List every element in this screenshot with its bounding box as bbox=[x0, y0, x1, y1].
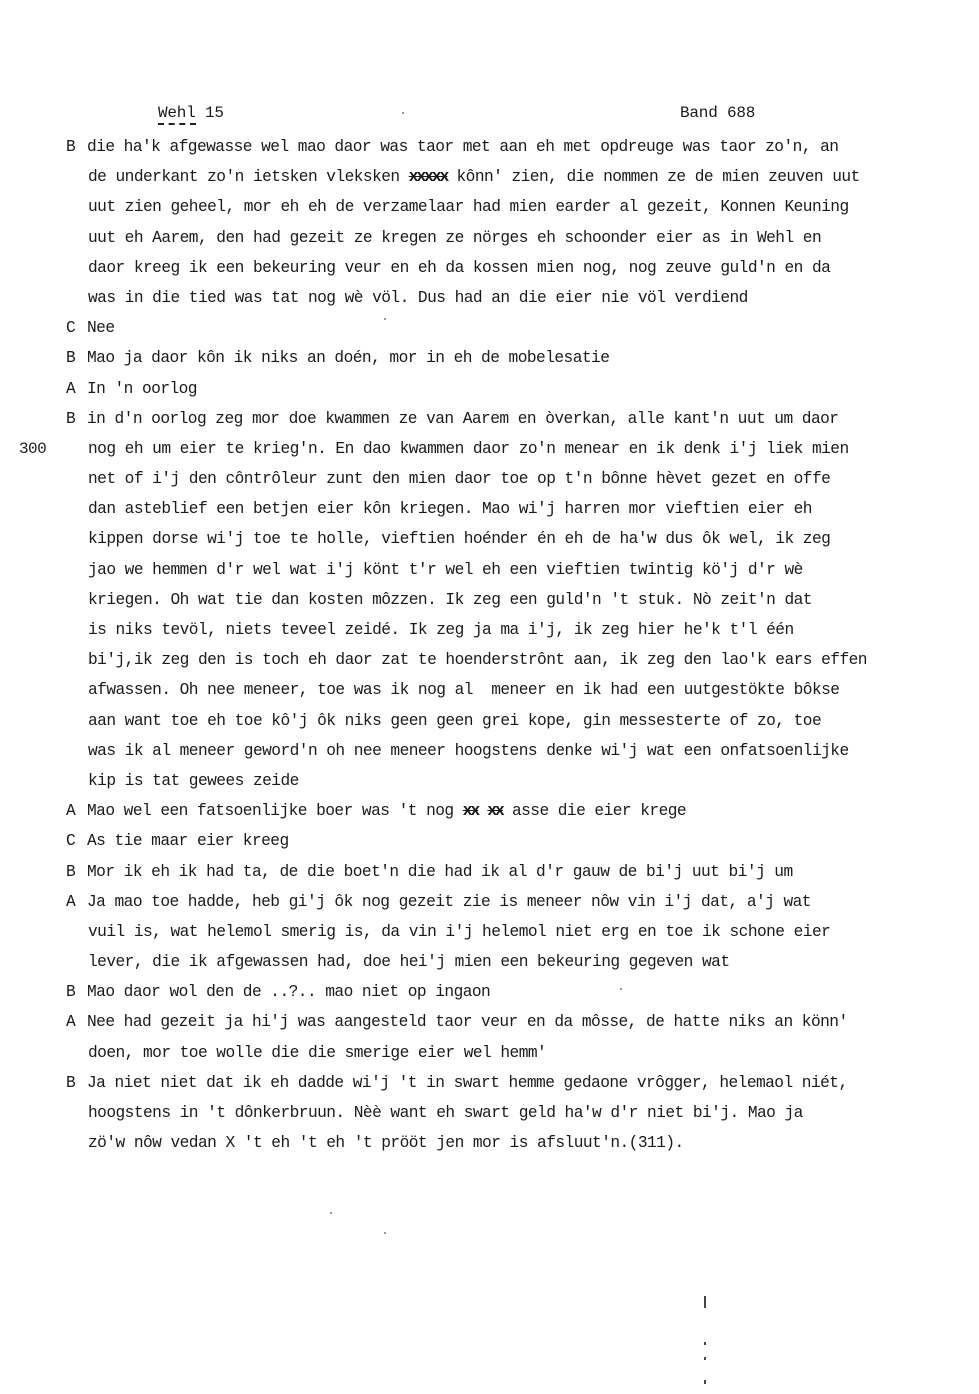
transcript-line: dan asteblief een betjen eier kôn kriege… bbox=[0, 498, 979, 528]
line-text: uut eh Aarem, den had gezeit ze kregen z… bbox=[88, 227, 821, 249]
speaker-label: B bbox=[66, 136, 75, 158]
transcript-line: vuil is, wat helemol smerig is, da vin i… bbox=[0, 921, 979, 951]
speaker-label: A bbox=[66, 1011, 75, 1033]
margin-line-number: 300 bbox=[19, 438, 46, 460]
line-text: daor kreeg ik een bekeuring veur en eh d… bbox=[88, 257, 830, 279]
struck-out-text: xx bbox=[487, 802, 502, 820]
transcript-body: Bdie ha'k afgewasse wel mao daor was tao… bbox=[0, 136, 979, 1162]
speaker-label: C bbox=[66, 830, 75, 852]
transcript-line: BMao ja daor kôn ik niks an doén, mor in… bbox=[0, 347, 979, 377]
speaker-label: A bbox=[66, 378, 75, 400]
line-text: was in die tied was tat nog wè völ. Dus … bbox=[88, 287, 748, 309]
speaker-label: B bbox=[66, 1072, 75, 1094]
line-text: Ja niet niet dat ik eh dadde wi'j 't in … bbox=[87, 1072, 848, 1094]
speaker-label: B bbox=[66, 408, 75, 430]
line-text: afwassen. Oh nee meneer, toe was ik nog … bbox=[88, 679, 839, 701]
transcript-line: ANee had gezeit ja hi'j was aangesteld t… bbox=[0, 1011, 979, 1041]
line-text: lever, die ik afgewassen had, doe hei'j … bbox=[88, 951, 730, 973]
line-text: is niks tevöl, niets teveel zeidé. Ik ze… bbox=[88, 619, 794, 641]
transcript-line: was in die tied was tat nog wè völ. Dus … bbox=[0, 287, 979, 317]
line-text: In 'n oorlog bbox=[87, 378, 197, 400]
transcript-line: BJa niet niet dat ik eh dadde wi'j 't in… bbox=[0, 1072, 979, 1102]
speaker-label: A bbox=[66, 891, 75, 913]
transcript-line: jao we hemmen d'r wel wat i'j könt t'r w… bbox=[0, 559, 979, 589]
line-text: die ha'k afgewasse wel mao daor was taor… bbox=[87, 136, 838, 158]
line-text: uut zien geheel, mor eh eh de verzamelaa… bbox=[88, 196, 849, 218]
line-text: hoogstens in 't dônkerbruun. Nèè want eh… bbox=[88, 1102, 803, 1124]
speck bbox=[384, 318, 386, 320]
transcript-line: bi'j,ik zeg den is toch eh daor zat te h… bbox=[0, 649, 979, 679]
line-text: net of i'j den côntrôleur zunt den mien … bbox=[88, 468, 830, 490]
transcript-line: kip is tat gewees zeide bbox=[0, 770, 979, 800]
transcript-line: net of i'j den côntrôleur zunt den mien … bbox=[0, 468, 979, 498]
line-text: As tie maar eier kreeg bbox=[87, 830, 289, 852]
line-text: kip is tat gewees zeide bbox=[88, 770, 299, 792]
margin-mark bbox=[704, 1296, 706, 1308]
transcript-line: lever, die ik afgewassen had, doe hei'j … bbox=[0, 951, 979, 981]
line-text: de underkant zo'n ietsken vleksken xxxxx… bbox=[88, 166, 860, 188]
transcript-line: daor kreeg ik een bekeuring veur en eh d… bbox=[0, 257, 979, 287]
line-text: Mao daor wol den de ..?.. mao niet op in… bbox=[87, 981, 490, 1003]
line-text: jao we hemmen d'r wel wat i'j könt t'r w… bbox=[88, 559, 803, 581]
line-text: kippen dorse wi'j toe te holle, vieftien… bbox=[88, 528, 830, 550]
line-text: Nee bbox=[87, 317, 115, 339]
line-text: Mor ik eh ik had ta, de die boet'n die h… bbox=[87, 861, 793, 883]
speck bbox=[330, 1212, 332, 1214]
transcript-line: CNee bbox=[0, 317, 979, 347]
speaker-label: B bbox=[66, 981, 75, 1003]
line-text: doen, mor toe wolle die die smerige eier… bbox=[88, 1042, 546, 1064]
transcript-line: aan want toe eh toe kô'j ôk niks geen ge… bbox=[0, 710, 979, 740]
margin-mark bbox=[704, 1342, 706, 1345]
line-text: bi'j,ik zeg den is toch eh daor zat te h… bbox=[88, 649, 867, 671]
transcript-line: 300nog eh um eier te krieg'n. En dao kwa… bbox=[0, 438, 979, 468]
struck-out-text: xx bbox=[463, 802, 478, 820]
line-text: kriegen. Oh wat tie dan kosten môzzen. I… bbox=[88, 589, 812, 611]
speck bbox=[384, 1232, 386, 1234]
transcript-line: de underkant zo'n ietsken vleksken xxxxx… bbox=[0, 166, 979, 196]
transcript-page: Wehl 15 Band 688 Bdie ha'k afgewasse wel… bbox=[0, 0, 979, 1394]
header-page-number: 15 bbox=[205, 104, 224, 122]
transcript-line: kriegen. Oh wat tie dan kosten môzzen. I… bbox=[0, 589, 979, 619]
header-band: Band 688 bbox=[680, 104, 755, 122]
speaker-label: C bbox=[66, 317, 75, 339]
margin-mark bbox=[704, 1357, 706, 1360]
speck bbox=[402, 112, 404, 114]
transcript-line: was ik al meneer geword'n oh nee meneer … bbox=[0, 740, 979, 770]
line-text: was ik al meneer geword'n oh nee meneer … bbox=[88, 740, 849, 762]
transcript-line: afwassen. Oh nee meneer, toe was ik nog … bbox=[0, 679, 979, 709]
transcript-line: Bin d'n oorlog zeg mor doe kwammen ze va… bbox=[0, 408, 979, 438]
line-text: dan asteblief een betjen eier kôn kriege… bbox=[88, 498, 812, 520]
line-text: Mao wel een fatsoenlijke boer was 't nog… bbox=[87, 800, 686, 822]
transcript-line: BMor ik eh ik had ta, de die boet'n die … bbox=[0, 861, 979, 891]
line-text: aan want toe eh toe kô'j ôk niks geen ge… bbox=[88, 710, 821, 732]
line-text: in d'n oorlog zeg mor doe kwammen ze van… bbox=[87, 408, 838, 430]
line-text: zö'w nôw vedan X 't eh 't eh 't prööt je… bbox=[88, 1132, 684, 1154]
line-text: vuil is, wat helemol smerig is, da vin i… bbox=[88, 921, 830, 943]
transcript-line: zö'w nôw vedan X 't eh 't eh 't prööt je… bbox=[0, 1132, 979, 1162]
transcript-line: uut eh Aarem, den had gezeit ze kregen z… bbox=[0, 227, 979, 257]
transcript-line: AIn 'n oorlog bbox=[0, 378, 979, 408]
transcript-line: kippen dorse wi'j toe te holle, vieftien… bbox=[0, 528, 979, 558]
transcript-line: Bdie ha'k afgewasse wel mao daor was tao… bbox=[0, 136, 979, 166]
speaker-label: A bbox=[66, 800, 75, 822]
transcript-line: is niks tevöl, niets teveel zeidé. Ik ze… bbox=[0, 619, 979, 649]
speaker-label: B bbox=[66, 347, 75, 369]
transcript-line: uut zien geheel, mor eh eh de verzamelaa… bbox=[0, 196, 979, 226]
transcript-line: CAs tie maar eier kreeg bbox=[0, 830, 979, 860]
transcript-line: BMao daor wol den de ..?.. mao niet op i… bbox=[0, 981, 979, 1011]
transcript-line: hoogstens in 't dônkerbruun. Nèè want eh… bbox=[0, 1102, 979, 1132]
struck-out-text: xxxxx bbox=[409, 168, 448, 186]
header-place: Wehl bbox=[158, 104, 196, 125]
transcript-line: doen, mor toe wolle die die smerige eier… bbox=[0, 1042, 979, 1072]
speck bbox=[620, 988, 622, 990]
margin-mark bbox=[704, 1380, 706, 1384]
header-location: Wehl 15 bbox=[158, 104, 224, 122]
line-text: Nee had gezeit ja hi'j was aangesteld ta… bbox=[87, 1011, 848, 1033]
line-text: Ja mao toe hadde, heb gi'j ôk nog gezeit… bbox=[87, 891, 811, 913]
speaker-label: B bbox=[66, 861, 75, 883]
transcript-line: AMao wel een fatsoenlijke boer was 't no… bbox=[0, 800, 979, 830]
line-text: Mao ja daor kôn ik niks an doén, mor in … bbox=[87, 347, 609, 369]
line-text: nog eh um eier te krieg'n. En dao kwamme… bbox=[88, 438, 849, 460]
transcript-line: AJa mao toe hadde, heb gi'j ôk nog gezei… bbox=[0, 891, 979, 921]
